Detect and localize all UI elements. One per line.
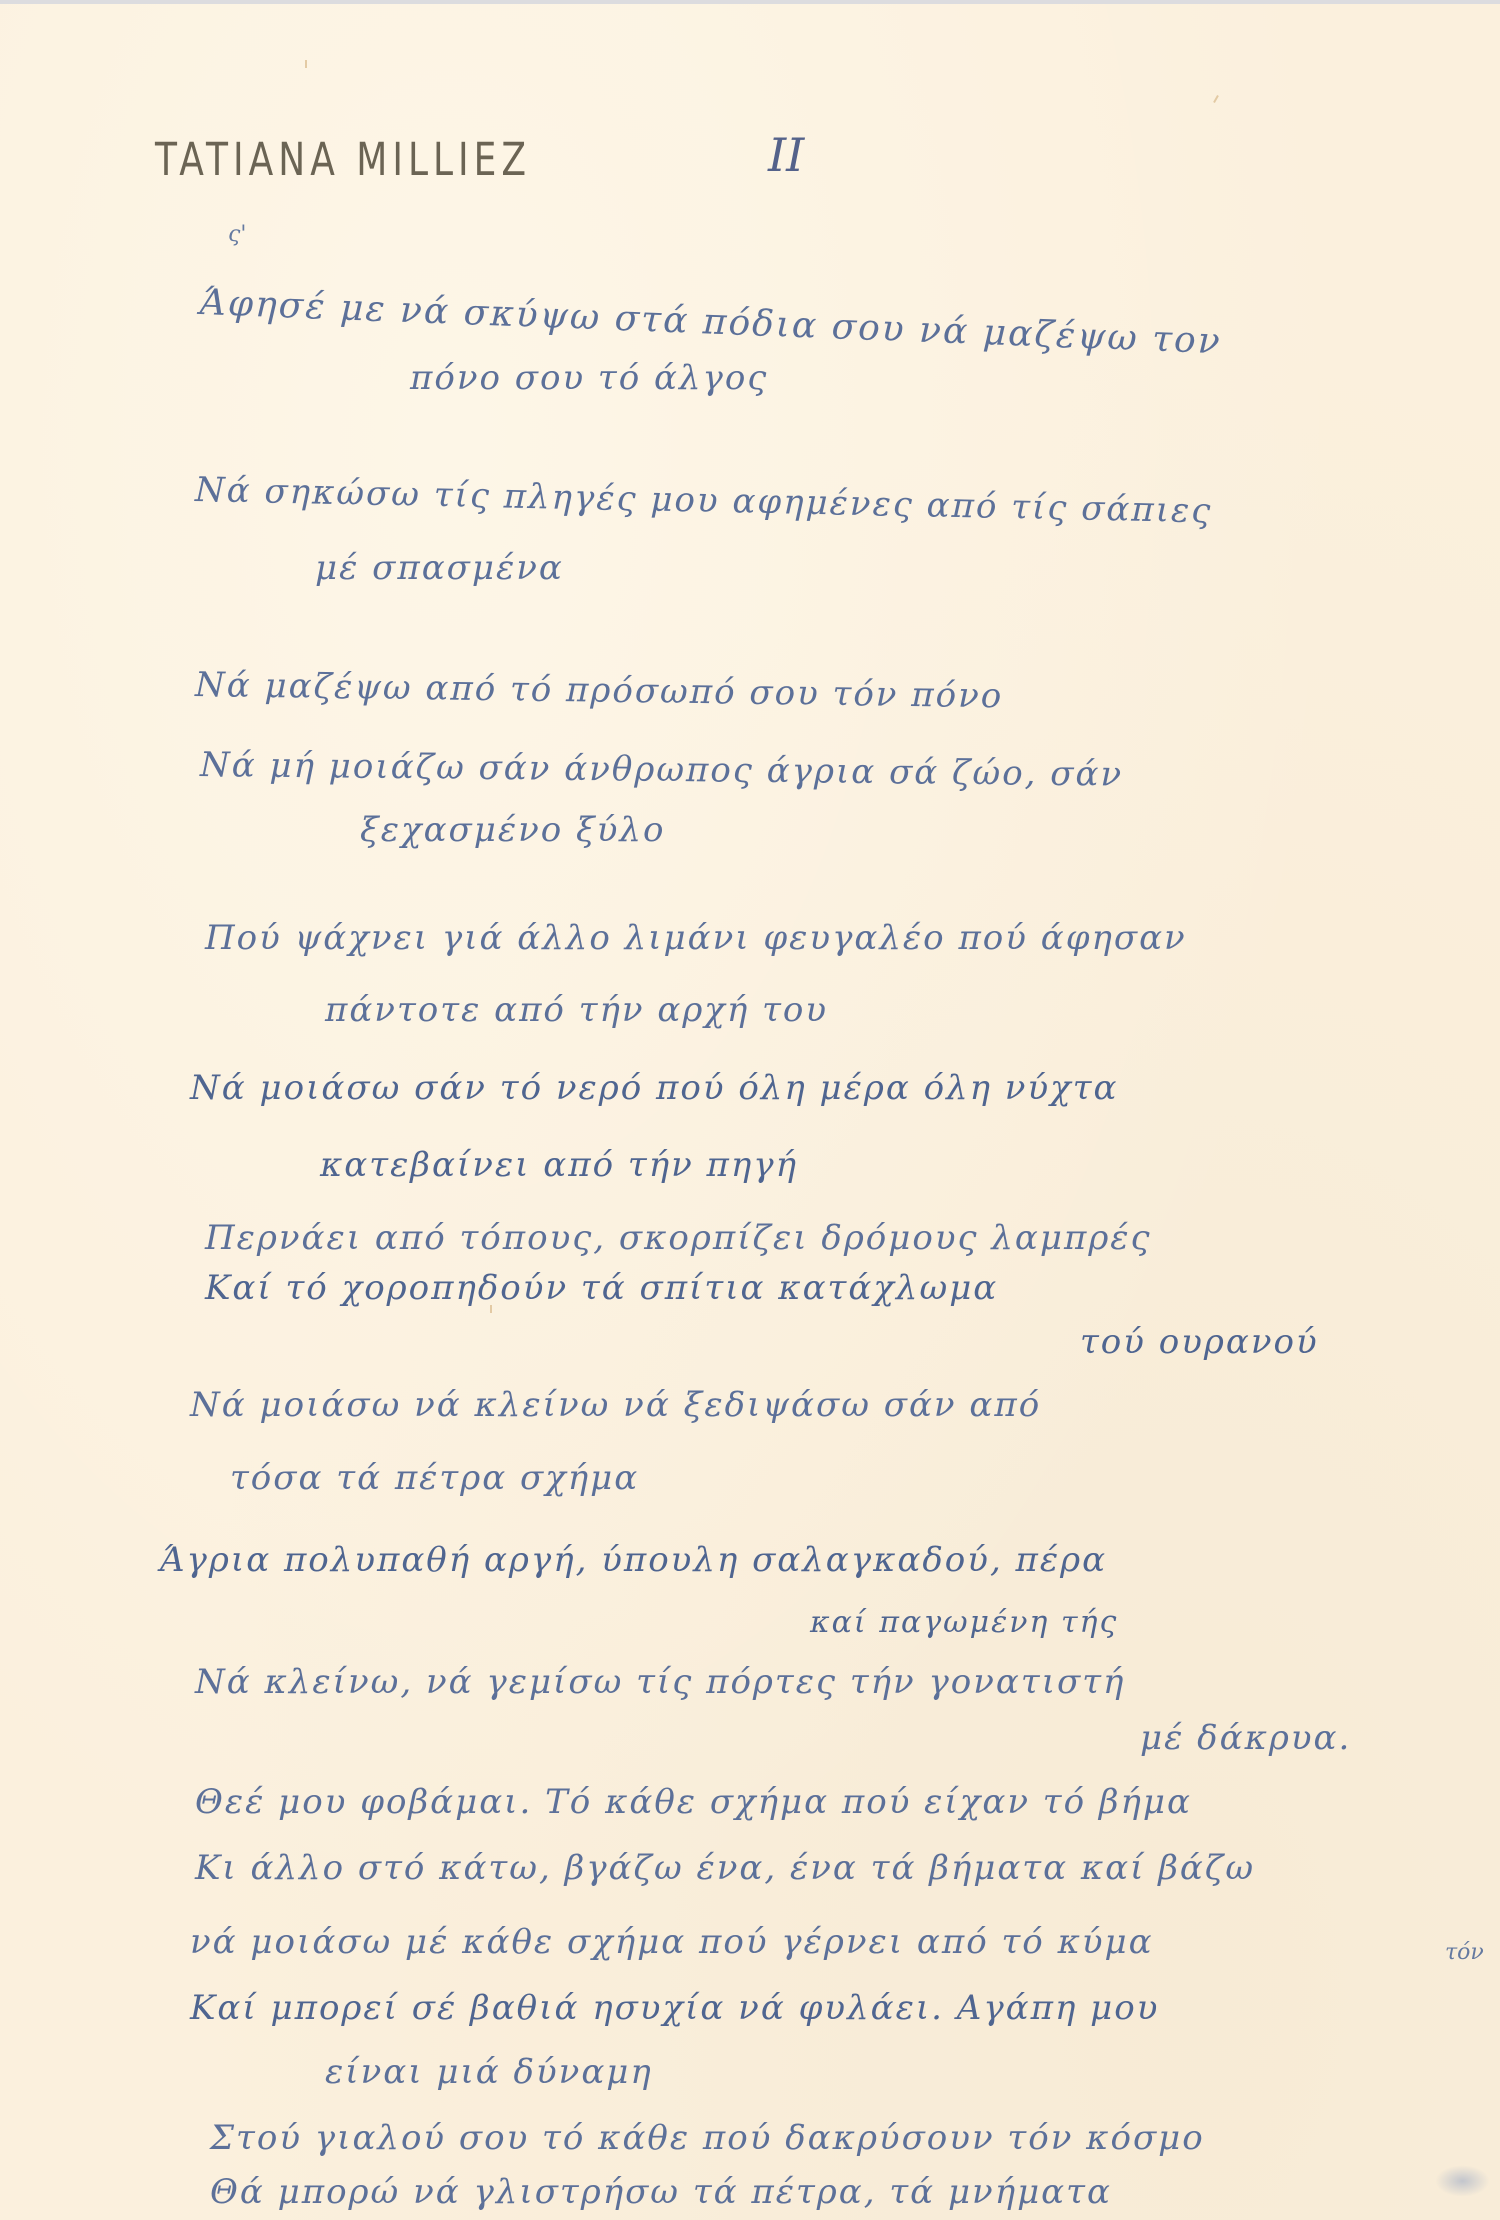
paper-fleck	[1213, 95, 1219, 103]
author-heading: TATIANA MILLIEZ	[155, 135, 531, 186]
scan-top-edge	[0, 0, 1500, 4]
handwritten-line: είναι μιά δύναμη	[325, 2052, 653, 2092]
margin-insertion: τόν	[1445, 1940, 1484, 1965]
paper-fleck	[490, 1305, 492, 1313]
handwritten-line: Πού ψάχνει γιά άλλο λιμάνι φευγαλέο πού …	[205, 918, 1187, 958]
handwritten-line: Νά μοιάσω σάν τό νερό πού όλη μέρα όλη ν…	[190, 1068, 1119, 1108]
section-numeral: II	[768, 128, 804, 182]
handwritten-line: Καί μπορεί σέ βαθιά ησυχία νά φυλάει. Αγ…	[190, 1988, 1159, 2028]
handwritten-line: Καί τό χοροπηδούν τά σπίτια κατάχλωμα	[205, 1268, 998, 1308]
handwritten-line: Νά κλείνω, νά γεμίσω τίς πόρτες τήν γονα…	[195, 1662, 1125, 1702]
handwritten-line: πάντοτε από τήν αρχή του	[325, 990, 828, 1030]
handwritten-line: Θά μπορώ νά γλιστρήσω τά πέτρα, τά μνήμα…	[210, 2172, 1112, 2212]
handwritten-line: μέ σπασμένα	[315, 548, 564, 588]
handwritten-line: νά μοιάσω μέ κάθε σχήμα πού γέρνει από τ…	[190, 1922, 1154, 1962]
paper-fleck	[305, 60, 307, 68]
handwritten-line: Νά μή μοιάζω σάν άνθρωπος άγρια σά ζώο, …	[200, 745, 1124, 795]
handwritten-line: Άγρια πολυπαθή αργή, ύπουλη σαλαγκαδού, …	[160, 1540, 1107, 1580]
handwritten-line: Στού γιαλού σου τό κάθε πού δακρύσουν τό…	[210, 2118, 1205, 2158]
manuscript-page: TATIANA MILLIEZ II ς' Άφησέ με νά σκύψω …	[0, 0, 1500, 2220]
handwritten-line: κατεβαίνει από τήν πηγή	[320, 1145, 798, 1185]
handwritten-line: τόσα τά πέτρα σχήμα	[230, 1458, 639, 1498]
handwritten-line: Κι άλλο στό κάτω, βγάζω ένα, ένα τά βήμα…	[195, 1848, 1255, 1888]
handwritten-line: μέ δάκρυα.	[1140, 1718, 1351, 1758]
accent-mark: ς'	[228, 222, 246, 247]
handwritten-line: πόνο σου τό άλγος	[410, 358, 768, 398]
handwritten-line: Περνάει από τόπους, σκορπίζει δρόμους λα…	[205, 1218, 1152, 1258]
handwritten-line: Άφησέ με νά σκύψω στά πόδια σου νά μαζέψ…	[199, 282, 1222, 362]
handwritten-line: Νά μαζέψω από τό πρόσωπό σου τόν πόνο	[195, 665, 1004, 716]
handwritten-line: ξεχασμένο ξύλο	[360, 810, 665, 850]
handwritten-line: τού ουρανού	[1080, 1322, 1319, 1362]
handwritten-line: Νά σηκώσω τίς πληγές μου αφημένες από τί…	[195, 470, 1213, 531]
handwritten-line: Θεέ μου φοβάμαι. Τό κάθε σχήμα πού είχαν…	[195, 1782, 1192, 1822]
ink-smudge	[1435, 2165, 1490, 2197]
handwritten-insertion: καί παγωμένη τής	[810, 1605, 1118, 1640]
handwritten-line: Νά μοιάσω νά κλείνω νά ξεδιψάσω σάν από	[190, 1385, 1041, 1425]
